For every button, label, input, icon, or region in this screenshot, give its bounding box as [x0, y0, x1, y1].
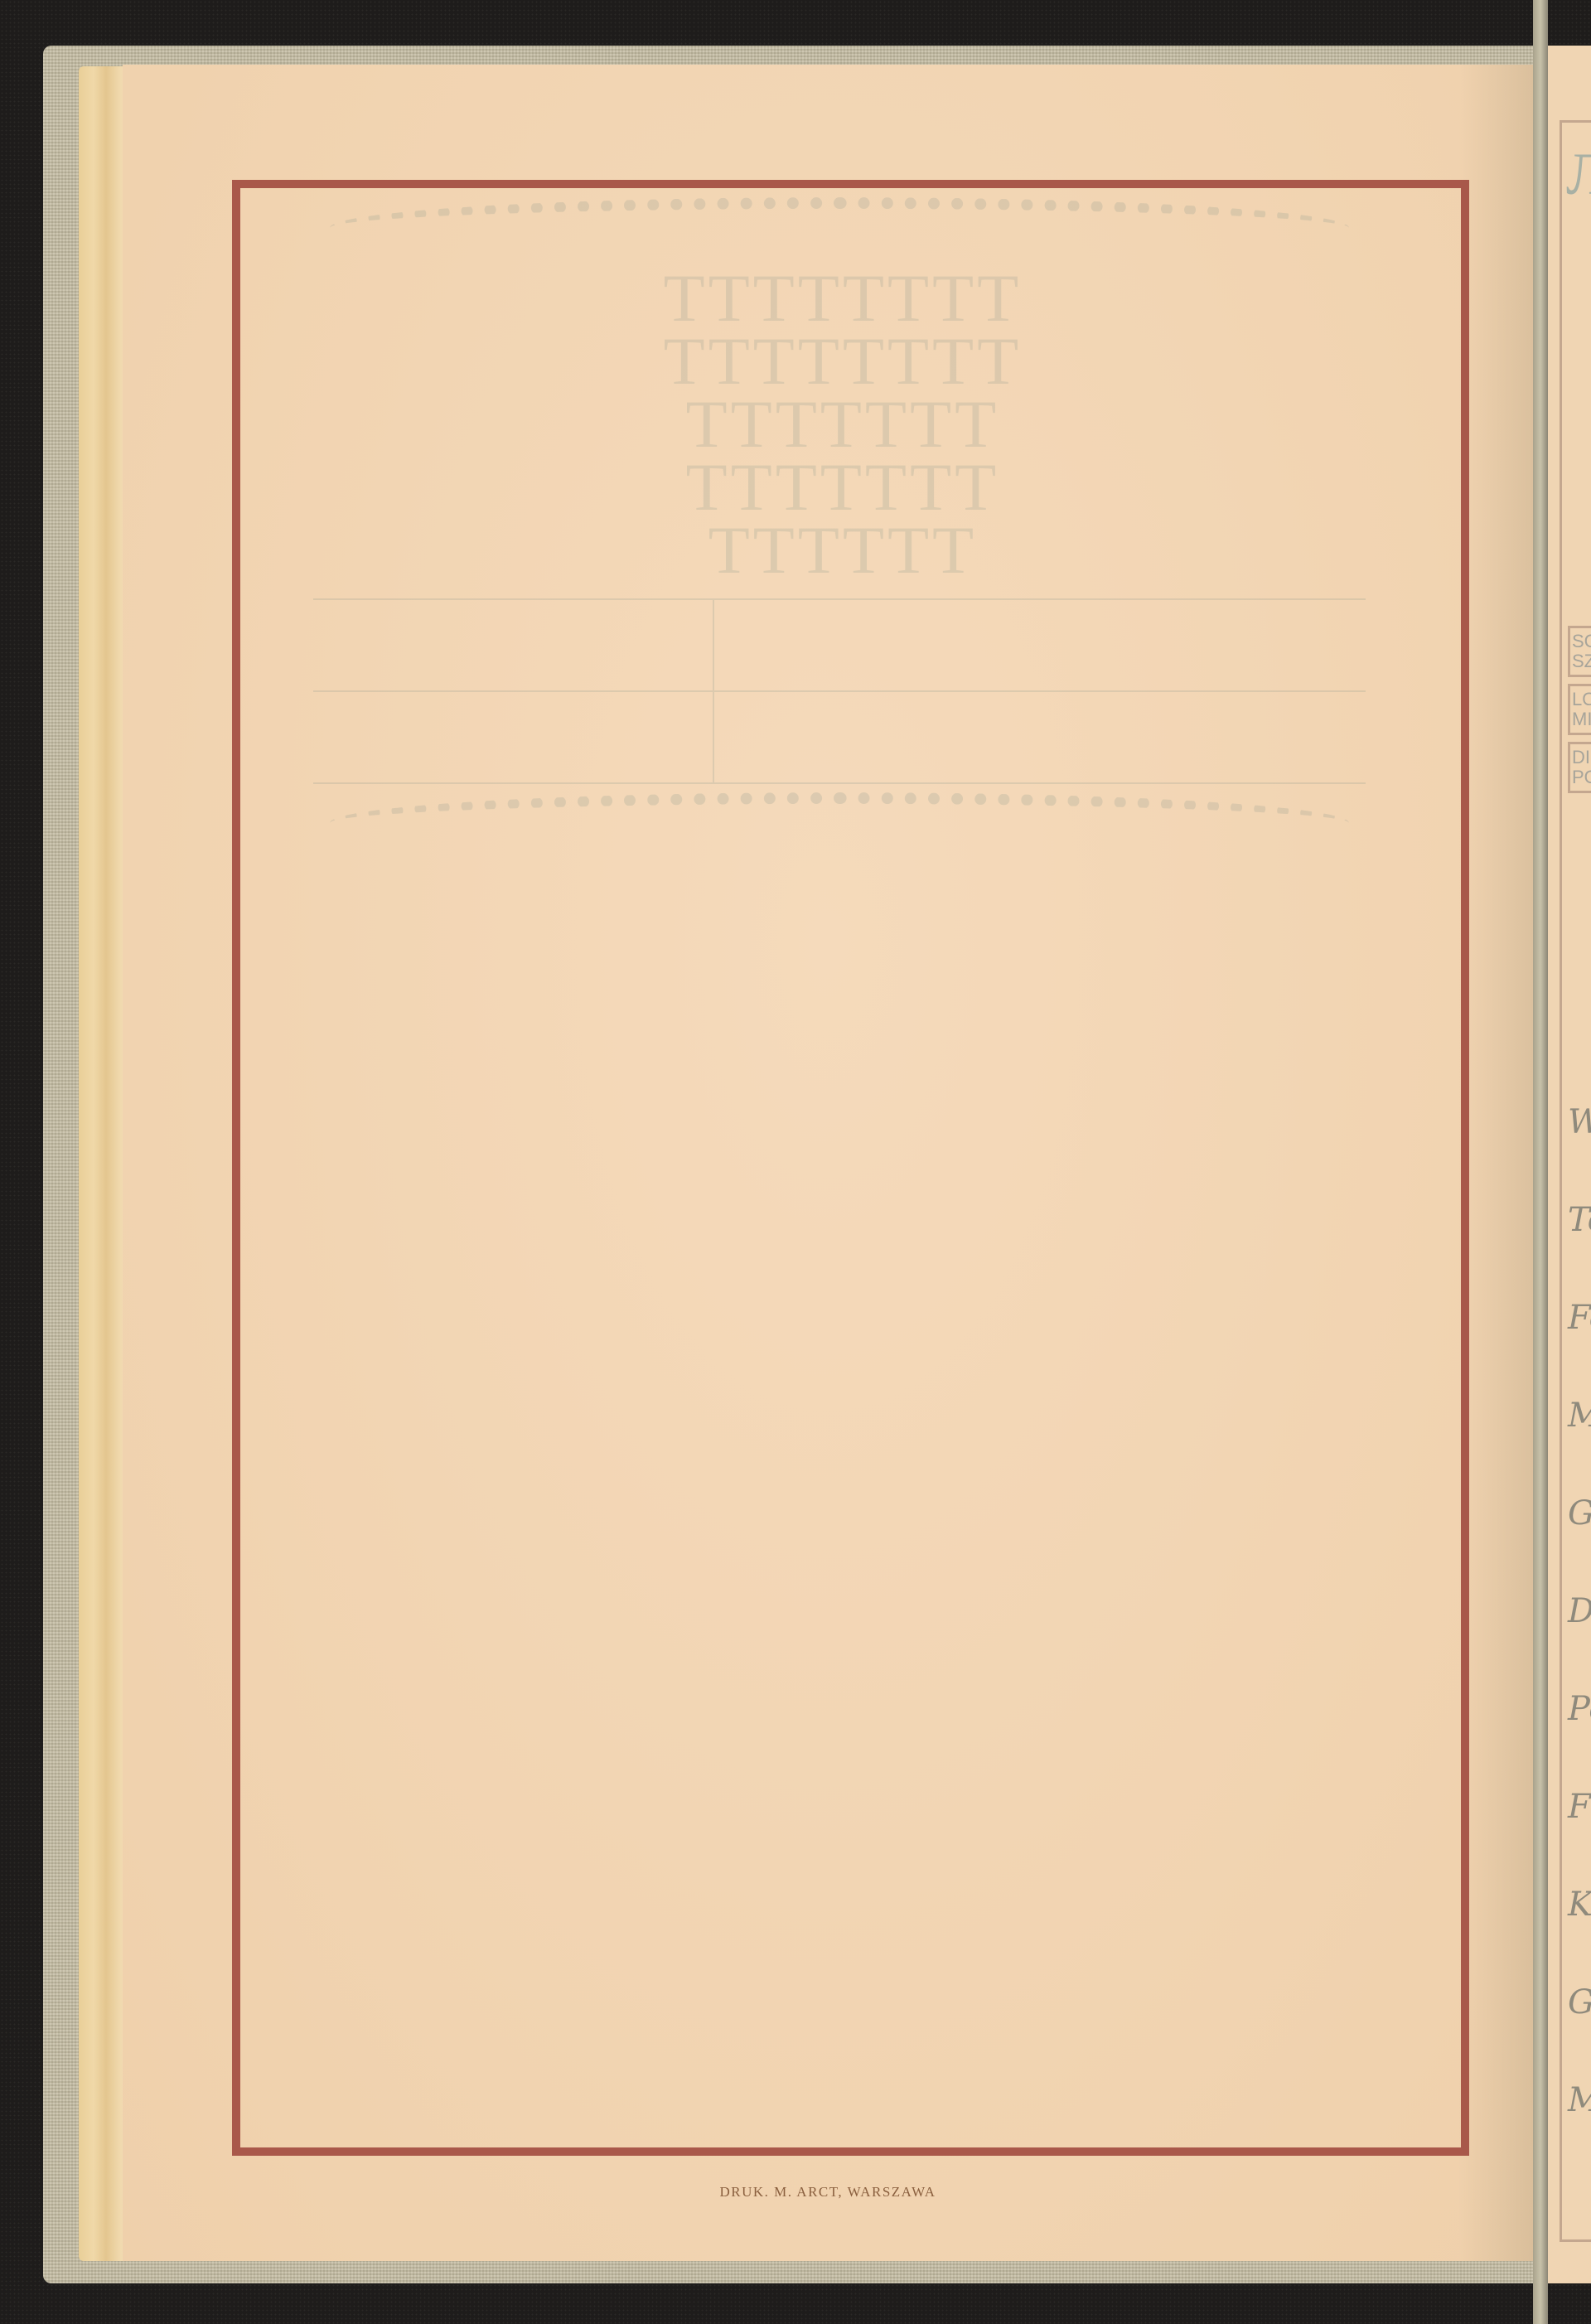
page-edges [79, 66, 128, 2261]
facing-page: ЛЛЛЛ SCHOSZKO LOCAMIEJS DISTRPOW Woje To… [1548, 46, 1591, 2283]
left-page: TTTTTTTT TTTTTTTT TTTTTTT TTTTTTT TTTTTT… [123, 65, 1533, 2261]
gutter-shadow [1458, 65, 1533, 2261]
book-gutter [1533, 0, 1548, 2324]
page-frame-border [232, 180, 1469, 2156]
label-location: LOCAMIEJS [1568, 684, 1591, 735]
label-district: DISTRPOW [1568, 742, 1591, 793]
label-school: SCHOSZKO [1568, 626, 1591, 677]
facing-form-labels: SCHOSZKO LOCAMIEJS DISTRPOW [1568, 626, 1591, 800]
facing-ornament: ЛЛЛЛ [1566, 137, 1591, 211]
handwritten-names: Woje Tob Feia Ma Gil Do Po Fi Ko Ga Ma [1568, 1073, 1591, 2149]
printer-imprint: DRUK. M. ARCT, WARSZAWA [123, 2184, 1533, 2201]
